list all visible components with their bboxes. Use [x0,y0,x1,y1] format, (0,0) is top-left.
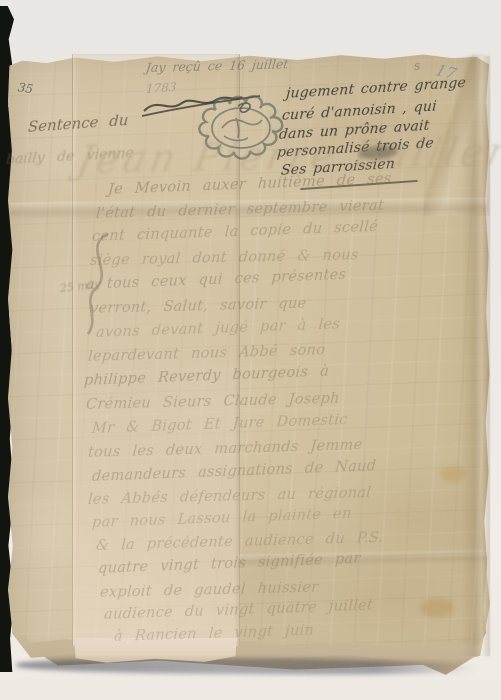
page-number-left: 35 [17,80,34,96]
manuscript-scan: 35 Jay reçû ce 16 juillet 1783 s 17 Sent… [0,0,501,700]
stain-spot [440,466,466,482]
stain-spot [420,598,454,618]
